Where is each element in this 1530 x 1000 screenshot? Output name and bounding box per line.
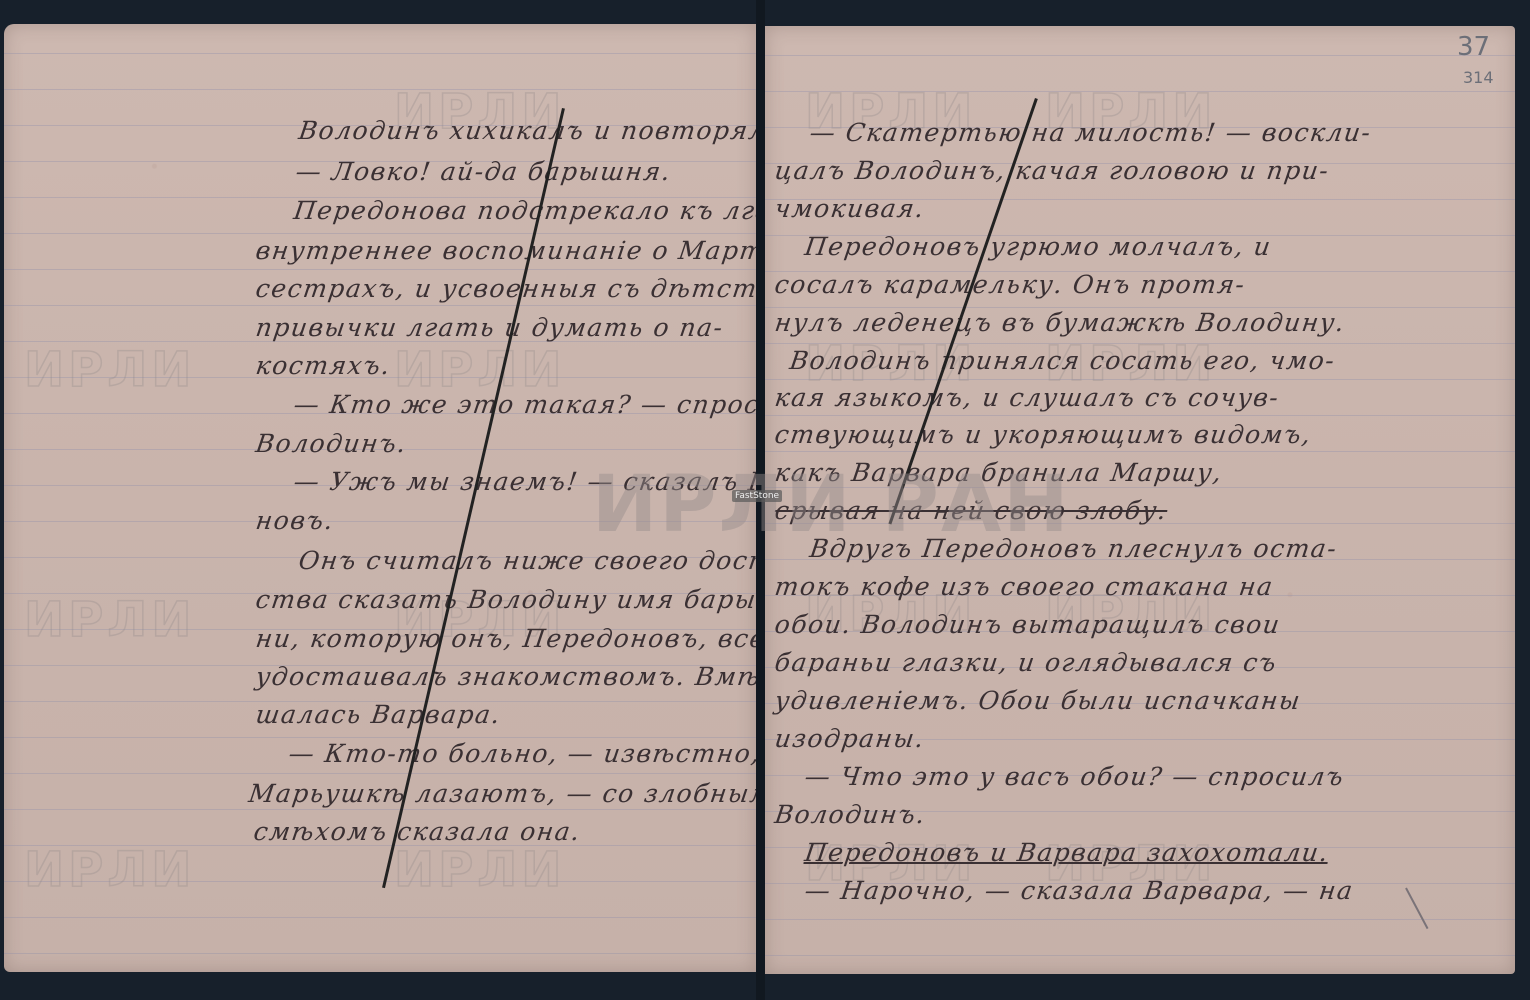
text-line: — Ужъ мы знаемъ! — сказалъ Передо- — [292, 467, 756, 496]
text-line: шалась Варвара. — [254, 700, 503, 729]
text-line: цалъ Володинъ, качая головою и при- — [773, 156, 1332, 185]
text-line: Онъ считалъ ниже своего достоин- — [297, 546, 756, 575]
text-line: Передонова подстрекало къ лганью — [292, 196, 756, 225]
watermark: ИРЛИ — [394, 842, 565, 898]
text-line: внутреннее воспоминаніе о Мартиныхъ — [254, 236, 756, 265]
viewer-badge: FastStone — [732, 490, 782, 502]
text-line: токъ кофе изъ своего стакана на — [773, 572, 1276, 601]
struck-text-line: срывая на ней свою злобу. — [773, 496, 1169, 525]
text-line: Передоновъ и Варвара захохотали. — [803, 838, 1331, 867]
text-line: изодраны. — [773, 724, 927, 753]
text-line: — Скатертью на милость! — воскли- — [808, 118, 1374, 147]
watermark: ИРЛИ — [24, 592, 195, 648]
text-line: — Кто же это такая? — спросилъ — [292, 390, 756, 419]
text-line: какъ Варвара бранила Маршу, — [773, 458, 1225, 487]
page-number: 37 — [1457, 32, 1490, 62]
cross-out-stroke — [382, 108, 564, 888]
text-line: — Кто-то больно, — извѣстно, къ — [287, 739, 756, 768]
left-page: ИРЛИ ИРЛИ ИРЛИ ИРЛИ ИРЛИ ИРЛИ ИРЛИ Волод… — [4, 24, 756, 972]
text-line: удивленіемъ. Обои были испачканы — [773, 686, 1303, 715]
text-line: ни, которую онъ, Передоновъ, все-же — [254, 624, 756, 653]
text-line: Володинъ. — [773, 800, 928, 829]
text-line: новъ. — [254, 506, 336, 535]
text-line: Передоновъ угрюмо молчалъ, и — [803, 232, 1274, 261]
text-line: кая языкомъ, и слушалъ съ сочув- — [773, 383, 1282, 412]
text-line: ства сказать Володину имя барыш- — [254, 585, 756, 614]
text-line: обои. Володинъ вытаращилъ свои — [773, 610, 1283, 639]
watermark: ИРЛИ — [24, 342, 195, 398]
text-line: Володинъ хихикалъ и повторялъ: — [297, 116, 756, 145]
right-page: ИРЛИ ИРЛИ ИРЛИ ИРЛИ ИРЛИ ИРЛИ ИРЛИ ИРЛИ … — [765, 26, 1515, 974]
text-line: нулъ леденецъ въ бумажкѣ Володину. — [773, 308, 1347, 337]
text-line: — Что это у васъ обои? — спросилъ — [803, 762, 1346, 791]
text-line: смѣхомъ сказала она. — [252, 817, 583, 846]
text-line: бараньи глазки, и оглядывался съ — [773, 648, 1279, 677]
watermark: ИРЛИ — [24, 842, 195, 898]
text-line: удостаивалъ знакомствомъ. Вмѣ- — [254, 662, 756, 691]
text-line: ствующимъ и укоряющимъ видомъ, — [773, 420, 1314, 449]
text-line: Марьушкѣ лазаютъ, — со злобнымъ — [247, 779, 756, 808]
archive-number: 314 — [1463, 68, 1494, 87]
text-line: Володинъ принялся сосать его, чмо- — [788, 346, 1338, 375]
text-line: чмокивая. — [773, 194, 927, 223]
text-line: привычки лгать и думать о па- — [254, 313, 726, 342]
text-line: — Ловко! ай-да барышня. — [294, 157, 673, 186]
text-line: Вдругъ Передоновъ плеснулъ оста- — [808, 534, 1339, 563]
text-line: костяхъ. — [254, 351, 393, 380]
text-line: сестрахъ, и усвоенныя съ дѣтства — [254, 274, 756, 303]
text-line: сосалъ карамельку. Онъ протя- — [773, 270, 1248, 299]
text-line: — Нарочно, — сказала Варвара, — на — [803, 876, 1356, 905]
text-line: Володинъ. — [254, 429, 409, 458]
